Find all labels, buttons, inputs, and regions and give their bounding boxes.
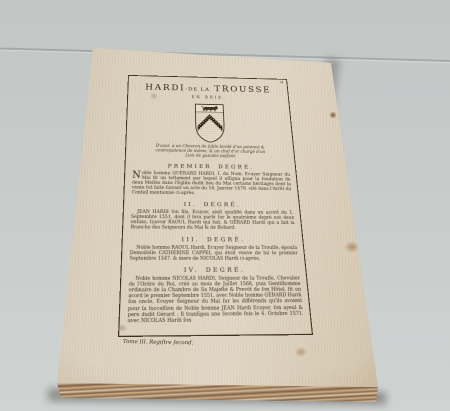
- section-paragraph-1: Noble homme GUÉRARD HARDI, I. du Nom, Ec…: [132, 171, 293, 197]
- paragraph-text: oble homme GUÉRARD HARDI, I. du Nom, Ecu…: [132, 171, 292, 196]
- drop-cap: N: [132, 172, 141, 180]
- arms-caption: D'azur, à un Chevron de ſable bordé d'un…: [151, 145, 269, 160]
- photo-backdrop: 9 HARDI-DE LA TROUSSE EN BRIE.: [0, 0, 450, 411]
- section-paragraph-3: Noble homme RAOUL Hardi, Ecuyer Seigneur…: [129, 245, 298, 262]
- title-particle: -DE LA: [185, 87, 210, 93]
- section-heading-4: IV. DEGRÉ.: [121, 268, 305, 275]
- printed-text-block: 9 HARDI-DE LA TROUSSE EN BRIE.: [118, 75, 313, 337]
- page-number: 9: [280, 81, 283, 85]
- coat-of-arms: [193, 102, 226, 144]
- section-heading-2: II. DEGRÉ.: [124, 201, 299, 208]
- section-heading-3: III. DEGRÉ.: [123, 236, 303, 243]
- title-estate: TROUSSE: [214, 85, 271, 95]
- title-surname: HARDI: [145, 83, 185, 93]
- section-paragraph-2: JEAN HARDI ſon fils, Ecuyer, ainſi quali…: [130, 210, 295, 232]
- section-paragraph-4: Noble homme NICOLAS HARDI, Seigneur de l…: [127, 276, 304, 324]
- section-heading-1: PREMIER DEGRÉ.: [125, 163, 295, 171]
